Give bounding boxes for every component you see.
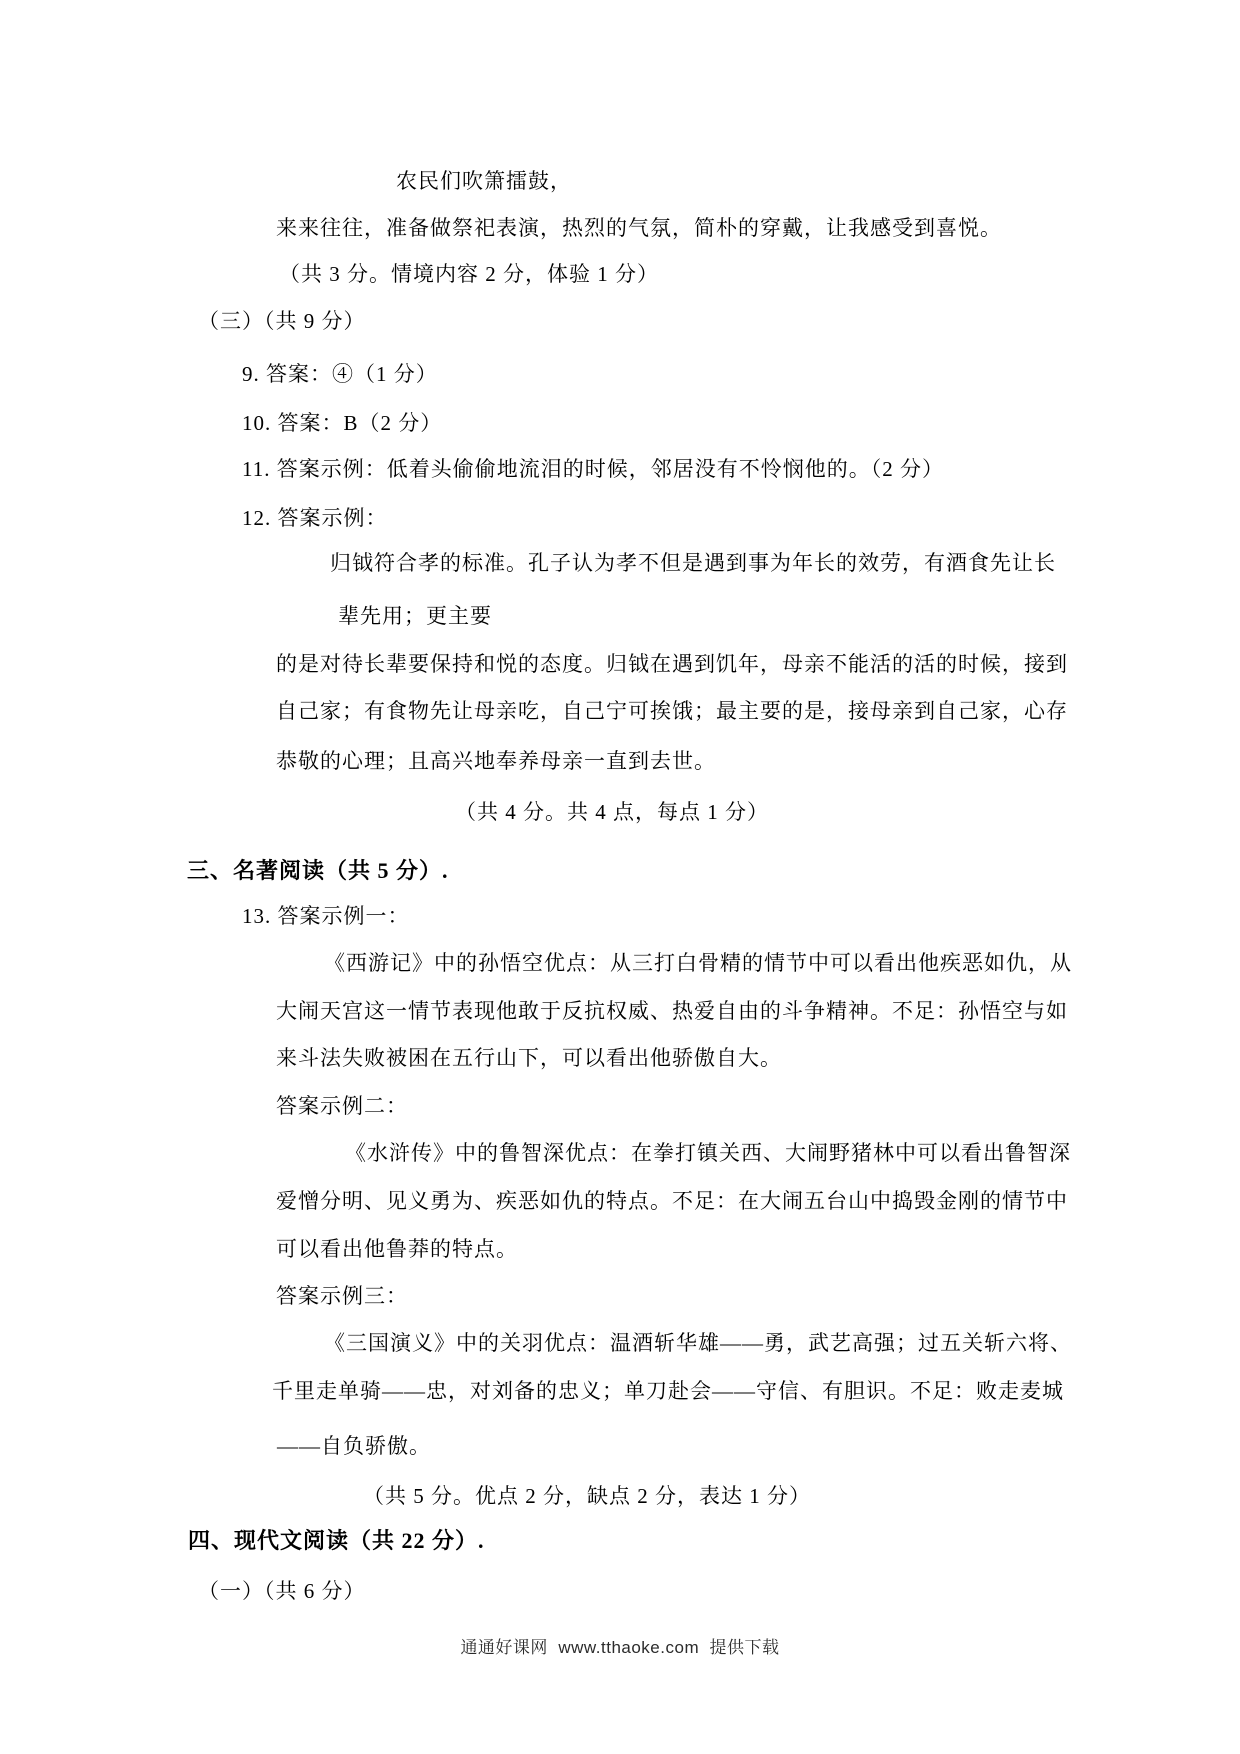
document-line: （共 3 分。情境内容 2 分，体验 1 分） [279,261,659,287]
document-line: 10. 答案：B（2 分） [242,410,442,436]
document-line: 《水浒传》中的鲁智深优点：在拳打镇关西、大闹野猪林中可以看出鲁智深 [345,1140,1071,1166]
document-line: 12. 答案示例： [242,505,388,531]
document-page: 农民们吹箫擂鼓，来来往往，准备做祭祀表演，热烈的气氛，简朴的穿戴，让我感受到喜悦… [0,0,1240,1754]
section-heading: 四、现代文阅读（共 22 分）. [188,1528,485,1554]
document-line: 归钺符合孝的标准。孔子认为孝不但是遇到事为年长的效劳，有酒食先让长 [330,550,1056,576]
document-line: 11. 答案示例：低着头偷偷地流泪的时候，邻居没有不怜悯他的。（2 分） [242,456,944,482]
document-line: 爱憎分明、见义勇为、疾恶如仇的特点。不足：在大闹五台山中捣毁金刚的情节中 [276,1188,1068,1214]
document-line: 大闹天宫这一情节表现他敢于反抗权威、热爱自由的斗争精神。不足：孙悟空与如 [276,998,1068,1024]
document-line: 《西游记》中的孙悟空优点：从三打白骨精的情节中可以看出他疾恶如仇，从 [324,950,1072,976]
document-line: 农民们吹箫擂鼓， [396,168,572,194]
document-line: 的是对待长辈要保持和悦的态度。归钺在遇到饥年，母亲不能活的活的时候，接到 [276,651,1068,677]
document-line: 13. 答案示例一： [242,903,410,929]
document-line: （三）（共 9 分） [198,308,366,334]
document-line: 可以看出他鲁莽的特点。 [276,1236,518,1262]
document-line: 自己家；有食物先让母亲吃，自己宁可挨饿；最主要的是，接母亲到自己家，心存 [276,698,1068,724]
document-line: 答案示例三： [276,1283,408,1309]
document-line: （一）（共 6 分） [198,1578,366,1604]
document-line: 9. 答案：④（1 分） [242,361,438,387]
document-line: 千里走单骑——忠，对刘备的忠义；单刀赴会——守信、有胆识。不足：败走麦城 [272,1378,1064,1404]
document-line: 来来往往，准备做祭祀表演，热烈的气氛，简朴的穿戴，让我感受到喜悦。 [276,215,1002,241]
document-line: 恭敬的心理；且高兴地奉养母亲一直到去世。 [276,748,716,774]
footer-watermark: 通通好课网 www.tthaoke.com 提供下载 [0,1633,1240,1658]
section-heading: 三、名著阅读（共 5 分）. [187,858,449,884]
document-line: 来斗法失败被困在五行山下，可以看出他骄傲自大。 [276,1045,782,1071]
document-line: 《三国演义》中的关羽优点：温酒斩华雄——勇，武艺高强；过五关斩六将、 [324,1330,1072,1356]
document-line: （共 5 分。优点 2 分，缺点 2 分，表达 1 分） [363,1483,811,1509]
document-line: ——自负骄傲。 [277,1433,431,1459]
document-line: 答案示例二： [276,1093,408,1119]
document-line: （共 4 分。共 4 点，每点 1 分） [455,799,769,825]
document-line: 辈先用；更主要 [338,603,492,629]
